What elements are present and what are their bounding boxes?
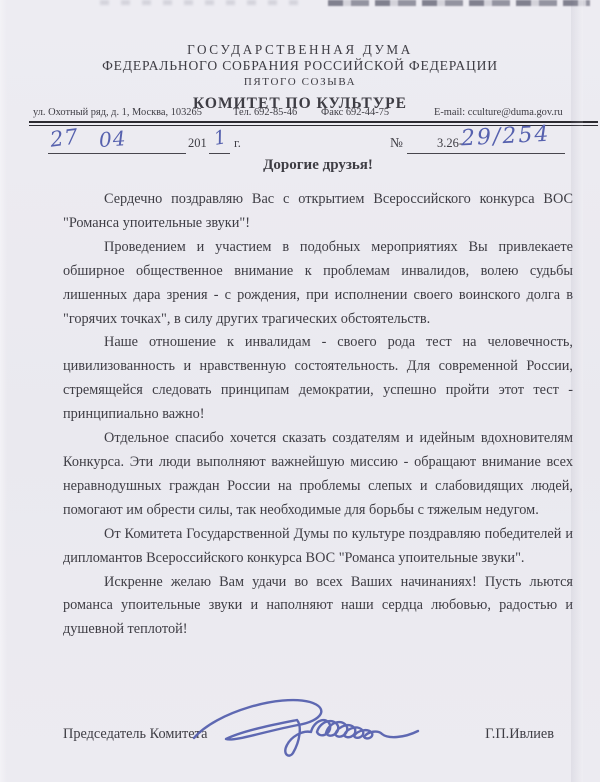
handwritten-month: 04 bbox=[98, 126, 127, 152]
signer-name: Г.П.Ивлиев bbox=[485, 726, 554, 743]
paragraph-3: Наше отношение к инвалидам - своего рода… bbox=[63, 331, 573, 427]
handwritten-year-digit: 1 bbox=[212, 126, 229, 150]
scan-artifact-top-right bbox=[328, 0, 590, 6]
handwritten-signature bbox=[188, 692, 478, 766]
fax-number: Факс 692-44-75 bbox=[321, 107, 389, 118]
paragraph-6: Искренне желаю Вам удачи во всех Ваших н… bbox=[63, 571, 573, 643]
org-name-line2: ФЕДЕРАЛЬНОГО СОБРАНИЯ РОССИЙСКОЙ ФЕДЕРАЦ… bbox=[0, 58, 600, 74]
paragraph-5: От Комитета Государственной Думы по куль… bbox=[63, 523, 573, 571]
scan-artifact-top-left bbox=[100, 0, 300, 5]
printed-number-prefix: 3.26- bbox=[437, 136, 463, 151]
year-suffix: г. bbox=[234, 136, 241, 151]
handwritten-number: 29/254 bbox=[460, 122, 551, 152]
letterhead: ГОСУДАРСТВЕННАЯ ДУМА ФЕДЕРАЛЬНОГО СОБРАН… bbox=[0, 42, 600, 113]
postal-address: ул. Охотный ряд, д. 1, Москва, 103265 bbox=[33, 107, 202, 118]
year-underline bbox=[209, 153, 230, 154]
org-name-line3: ПЯТОГО СОЗЫВА bbox=[0, 76, 600, 89]
email-address: E-mail: cculture@duma.gov.ru bbox=[434, 107, 563, 118]
scanned-letter-page: ГОСУДАРСТВЕННАЯ ДУМА ФЕДЕРАЛЬНОГО СОБРАН… bbox=[0, 0, 600, 782]
paragraph-4: Отдельное спасибо хочется сказать создат… bbox=[63, 427, 573, 523]
org-name-line1: ГОСУДАРСТВЕННАЯ ДУМА bbox=[0, 42, 600, 57]
letter-body: Сердечно поздравляю Вас с открытием Всер… bbox=[63, 188, 573, 642]
phone-number: Тел. 692-85-46 bbox=[233, 107, 297, 118]
handwritten-day: 27 bbox=[49, 124, 80, 151]
number-underline bbox=[407, 153, 565, 154]
paragraph-2: Проведением и участием в подобных меропр… bbox=[63, 236, 573, 332]
salutation: Дорогие друзья! bbox=[63, 157, 573, 174]
signer-position-title: Председатель Комитета bbox=[63, 726, 207, 743]
paragraph-1: Сердечно поздравляю Вас с открытием Всер… bbox=[63, 188, 573, 236]
date-underline bbox=[48, 153, 186, 154]
printed-year-prefix: 201 bbox=[188, 136, 207, 151]
number-sign: № bbox=[390, 135, 403, 151]
contact-row: ул. Охотный ряд, д. 1, Москва, 103265 Те… bbox=[0, 107, 600, 121]
